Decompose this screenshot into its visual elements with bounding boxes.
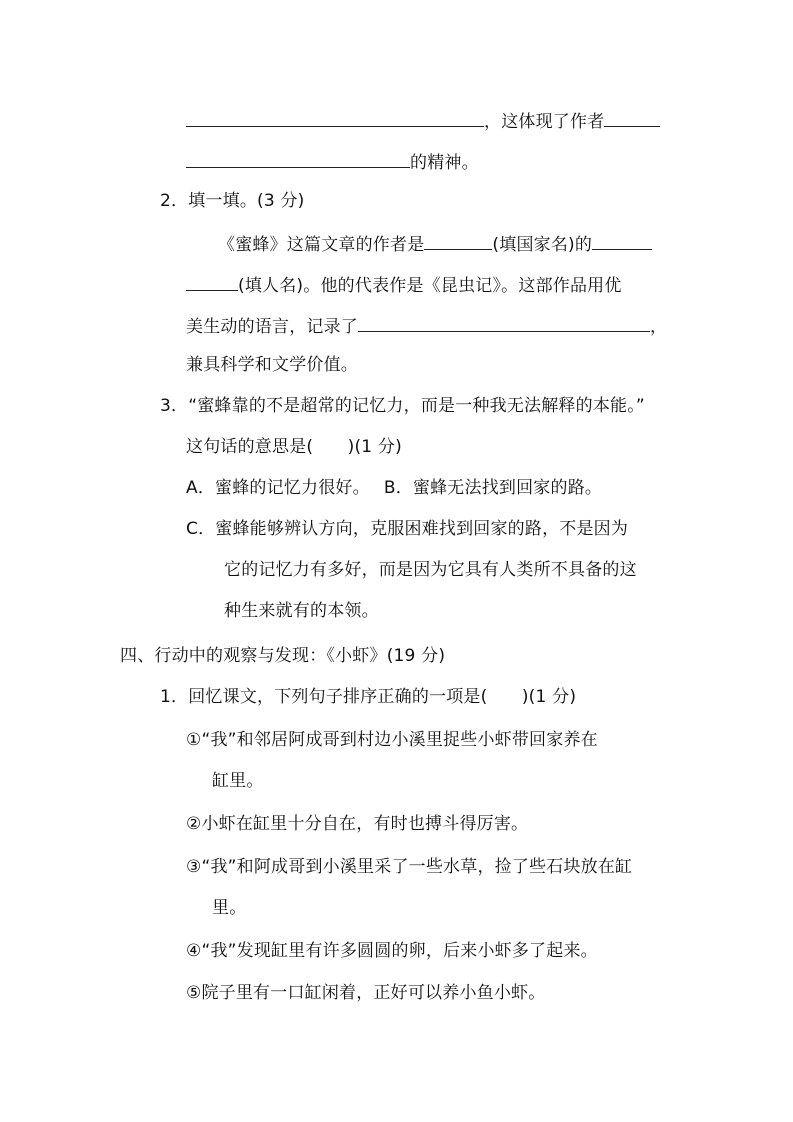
- sentence-2: ②小虾在缸里十分自在，有时也搏斗得厉害。: [186, 813, 528, 835]
- q3-question: 3．“蜜蜂靠的不是超常的记忆力，而是一种我无法解释的本能。”: [160, 395, 645, 417]
- q3-prompt: 这句话的意思是( )(1 分): [186, 436, 402, 458]
- q1-continuation-line1: ，这体现了作者: [186, 108, 660, 133]
- answer-blank-country[interactable]: [424, 231, 492, 250]
- answer-blank-name-cont[interactable]: [186, 272, 238, 291]
- q2-line3: 美生动的语言，记录了，: [186, 313, 667, 338]
- sentence-3: ③“我”和阿成哥到小溪里采了一些水草，捡了些石块放在缸: [186, 856, 632, 878]
- sentence-4: ④“我”发现缸里有许多圆圆的卵，后来小虾多了起来。: [186, 940, 598, 962]
- q2-line2: (填人名)。他的代表作是《昆虫记》。这部作品用优: [186, 272, 622, 297]
- q1-continuation-line2: 的精神。: [186, 149, 479, 174]
- s4-q1-prompt: 1．回忆课文，下列句子排序正确的一项是( )(1 分): [160, 686, 576, 708]
- q1-text: ，这体现了作者: [484, 112, 604, 132]
- sentence-1: ①“我”和邻居阿成哥到村边小溪里捉些小虾带回家养在: [186, 729, 598, 751]
- q2-text: ，: [650, 317, 667, 337]
- option-c-line1[interactable]: C．蜜蜂能够辨认方向，克服困难找到回家的路，不是因为: [186, 518, 628, 540]
- option-c-line2: 它的记忆力有多好，而是因为它具有人类所不具备的这: [224, 559, 637, 581]
- q2-line1: 《蜜蜂》这篇文章的作者是(填国家名)的: [218, 231, 652, 256]
- q2-text: (填人名)。他的代表作是《昆虫记》。这部作品用优: [238, 276, 622, 296]
- answer-blank-record[interactable]: [358, 313, 650, 332]
- sentence-5: ⑤院子里有一口缸闲着，正好可以养小鱼小虾。: [186, 982, 545, 1004]
- option-a[interactable]: A．蜜蜂的记忆力很好。: [186, 478, 370, 498]
- q2-text: 《蜜蜂》这篇文章的作者是: [218, 235, 424, 255]
- section-4-heading: 四、行动中的观察与发现：《小虾》(19 分): [120, 645, 445, 667]
- q2-text: 美生动的语言，记录了: [186, 317, 358, 337]
- q2-line4: 兼具科学和文学价值。: [186, 354, 358, 376]
- sentence-3-cont: 里。: [212, 897, 246, 919]
- q2-label: 2．填一填。(3 分): [160, 190, 305, 212]
- option-b[interactable]: B．蜜蜂无法找到回家的路。: [384, 478, 602, 498]
- answer-blank[interactable]: [186, 108, 484, 127]
- q3-options-ab: A．蜜蜂的记忆力很好。B．蜜蜂无法找到回家的路。: [186, 477, 602, 499]
- answer-blank[interactable]: [186, 149, 410, 168]
- q2-text: (填国家名)的: [492, 235, 592, 255]
- answer-blank[interactable]: [604, 108, 660, 127]
- sentence-1-cont: 缸里。: [212, 770, 264, 792]
- option-c-line3: 种生来就有的本领。: [224, 600, 379, 622]
- q1-text: 的精神。: [410, 153, 479, 173]
- answer-blank-name[interactable]: [592, 231, 652, 250]
